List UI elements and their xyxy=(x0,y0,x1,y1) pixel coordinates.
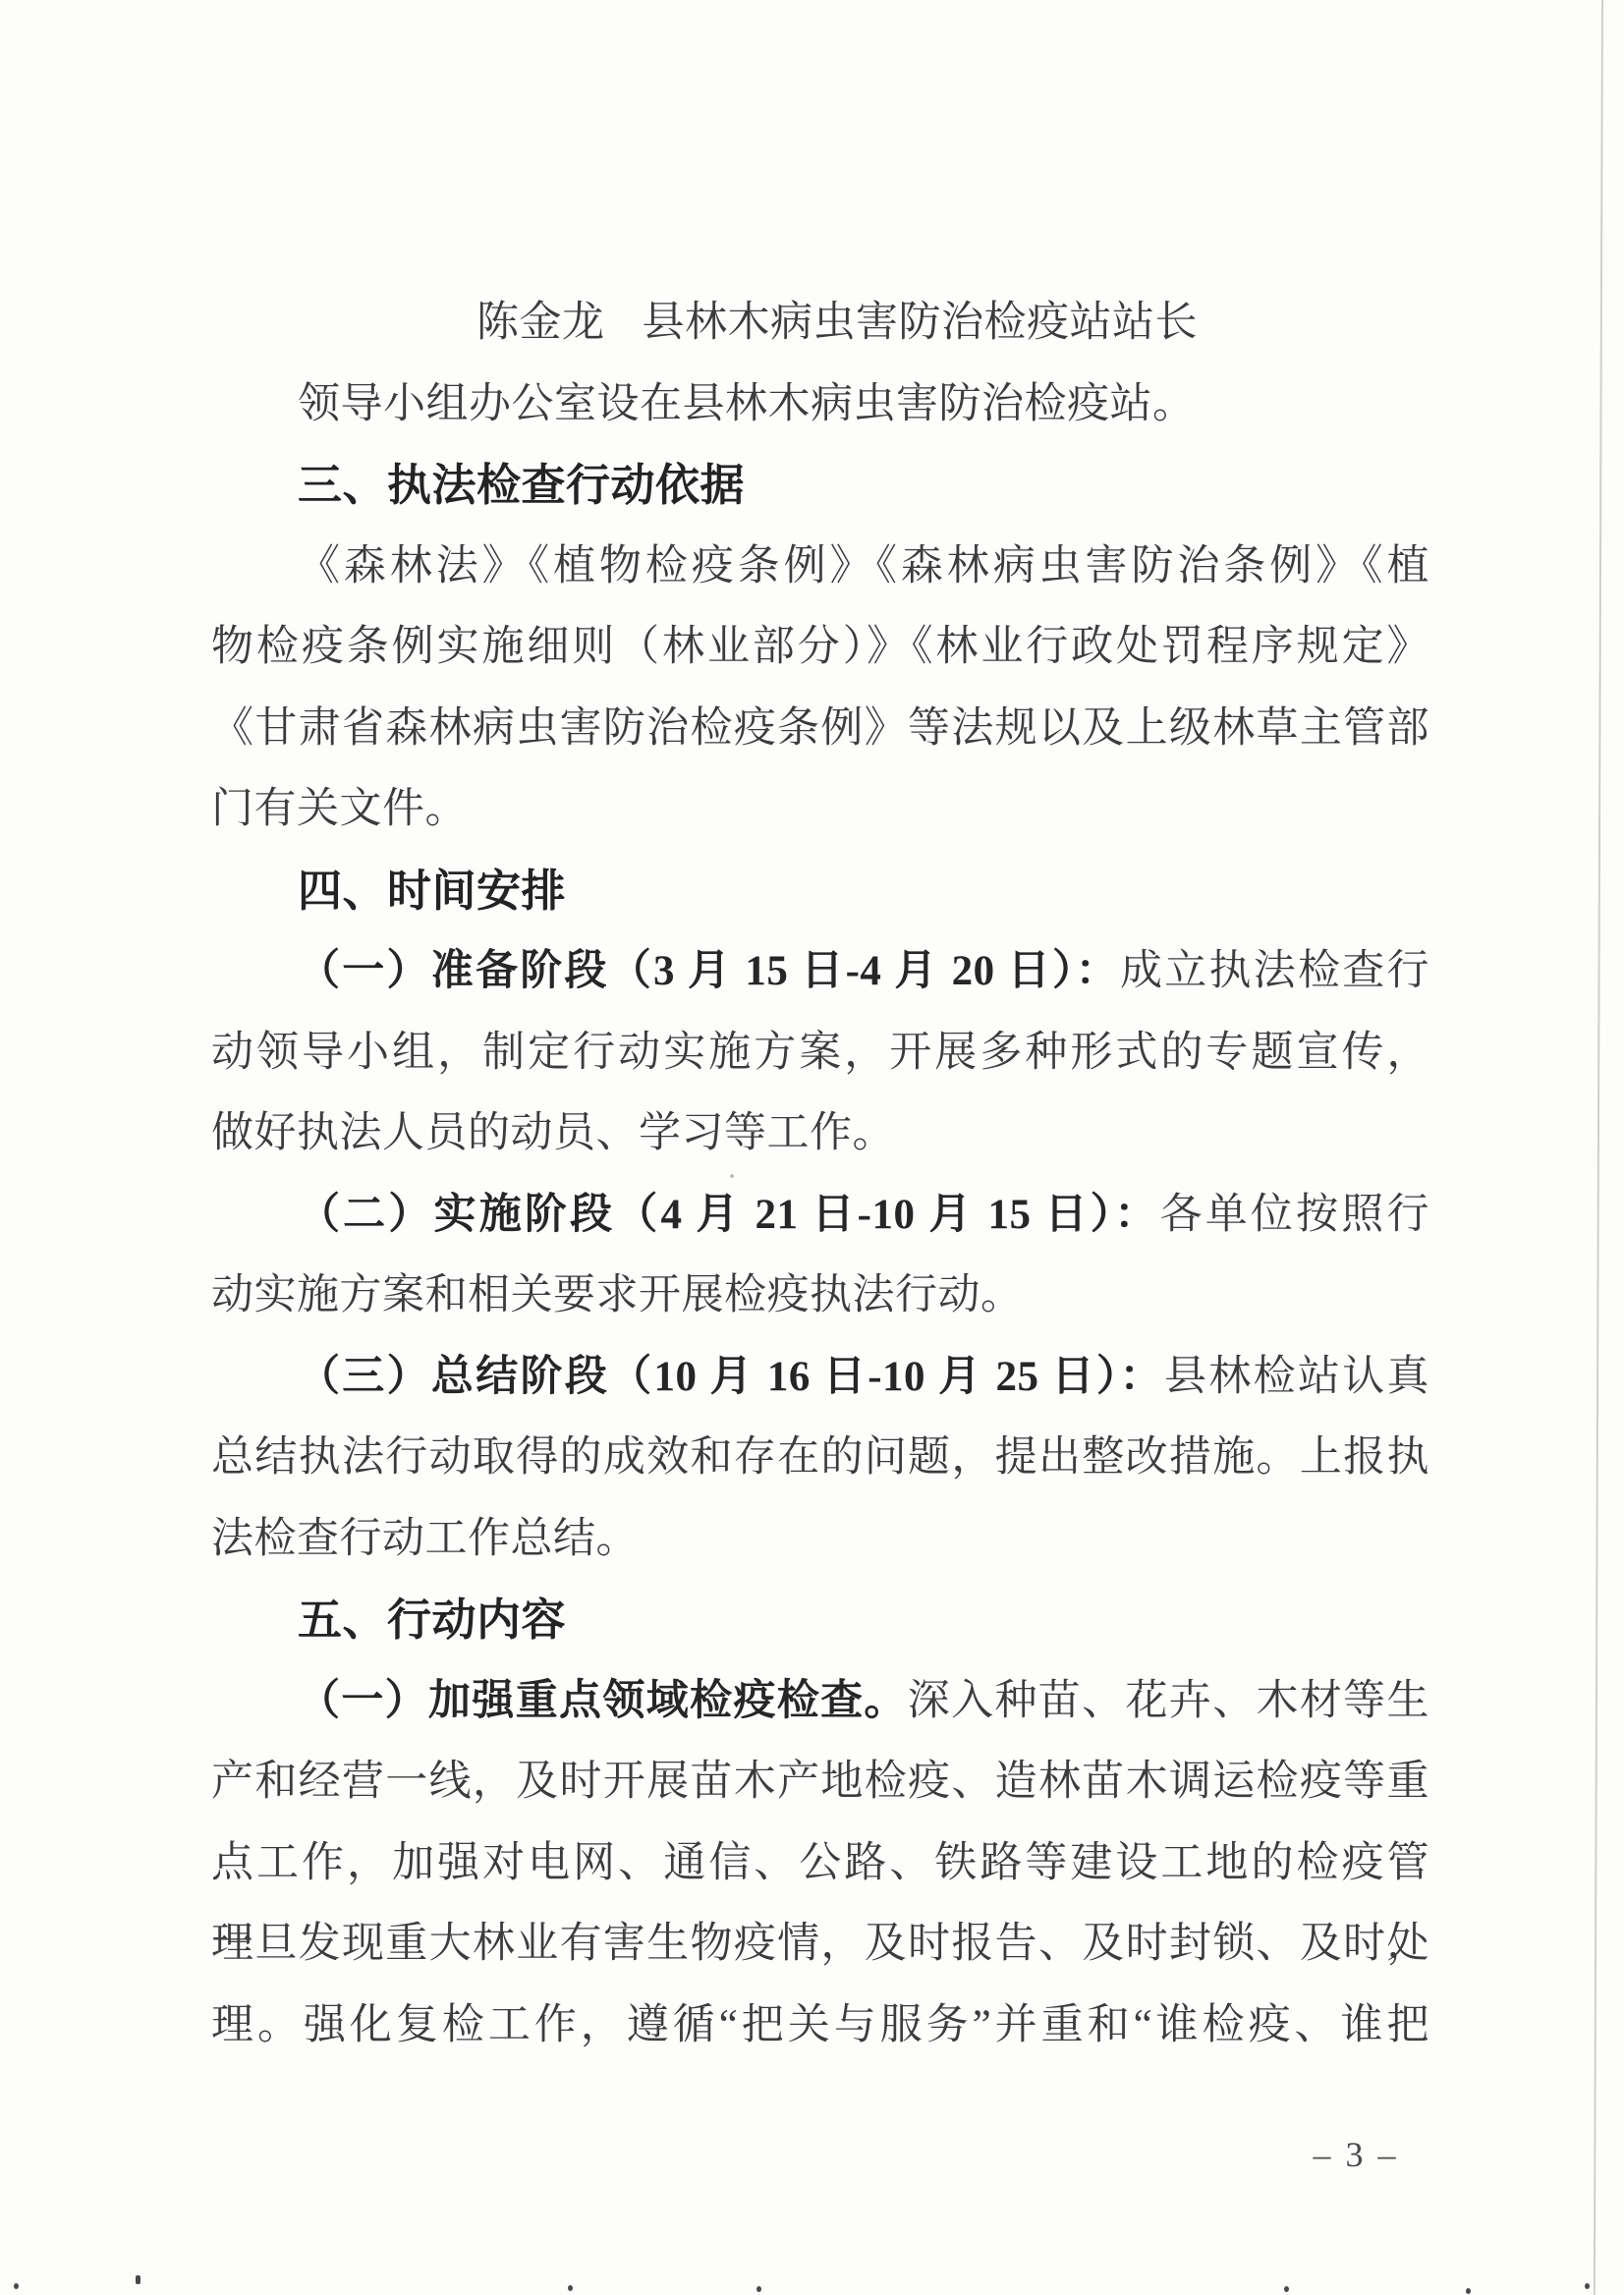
scanned-document-page: 陈金龙县林木病虫害防治检疫站站长 领导小组办公室设在县林木病虫害防治检疫站。 三… xyxy=(0,0,1624,2295)
paragraph-line: （一）准备阶段（3 月 15 日-4 月 20 日）：成立执法检查行 xyxy=(211,931,1429,1013)
paragraph-text: 《甘肃省森林病虫害防治检疫条例》等法规以及上级林草主管部 xyxy=(211,705,1429,752)
heading-text: 四、时间安排 xyxy=(298,866,566,916)
scan-speck xyxy=(1585,2283,1590,2289)
paragraph-text: 各单位按照行 xyxy=(1160,1192,1429,1238)
paragraph-line: 理。强化复检工作，遵循“把关与服务”并重和“谁检疫、谁把 xyxy=(211,1986,1429,2067)
paragraph-line: 做好执法人员的动员、学习等工作。 xyxy=(211,1093,1429,1175)
scan-speck xyxy=(568,2285,573,2291)
paragraph-text: 县林检站认真 xyxy=(1164,1354,1429,1400)
paragraph-line: 《森林法》《植物检疫条例》《森林病虫害防治条例》《植 xyxy=(211,527,1429,608)
scan-speck xyxy=(756,2286,761,2292)
paragraph-text: 深入种苗、花卉、木材等生 xyxy=(908,1678,1429,1724)
paragraph-text: 做好执法人员的动员、学习等工作。 xyxy=(211,1110,895,1156)
paragraph-line: 一旦发现重大林业有害生物疫情，及时报告、及时封锁、及时处 xyxy=(211,1904,1429,1986)
section-heading-5: 五、行动内容 xyxy=(211,1580,1429,1661)
paragraph-line: 《甘肃省森林病虫害防治检疫条例》等法规以及上级林草主管部 xyxy=(211,689,1429,770)
paragraph-line: 产和经营一线，及时开展苗木产地检疫、造林苗木调运检疫等重 xyxy=(211,1742,1429,1823)
paragraph-text: 动领导小组，制定行动实施方案，开展多种形式的专题宣传， xyxy=(211,1030,1429,1076)
paragraph-line: （三）总结阶段（10 月 16 日-10 月 25 日）：县林检站认真 xyxy=(211,1337,1429,1419)
paragraph-text: 门有关文件。 xyxy=(211,786,468,832)
paragraph-line: （一）加强重点领域检疫检查。深入种苗、花卉、木材等生 xyxy=(211,1661,1429,1743)
paragraph-text: 成立执法检查行 xyxy=(1120,948,1429,994)
scan-speck xyxy=(136,2275,140,2284)
paragraph-line: 门有关文件。 xyxy=(211,769,1429,851)
page-number: – 3 – xyxy=(1292,2130,1420,2179)
paragraph-line: 动领导小组，制定行动实施方案，开展多种形式的专题宣传， xyxy=(211,1013,1429,1094)
section-heading-4: 四、时间安排 xyxy=(211,851,1429,932)
bold-run: （三）总结阶段（10 月 16 日-10 月 25 日）： xyxy=(298,1354,1164,1400)
paragraph-text: 物检疫条例实施细则（林业部分）》《林业行政处罚程序规定》 xyxy=(211,624,1429,670)
paragraph-text: 领导小组办公室设在县林木病虫害防治检疫站。 xyxy=(298,381,1196,427)
bold-run: （一）加强重点领域检疫检查。 xyxy=(298,1678,908,1724)
paragraph-line: 点工作，加强对电网、通信、公路、铁路等建设工地的检疫管理， xyxy=(211,1823,1429,1905)
scan-edge-artifact xyxy=(1594,0,1603,2295)
person-title: 县林木病虫害防治检疫站站长 xyxy=(643,300,1199,346)
paragraph-line: 物检疫条例实施细则（林业部分）》《林业行政处罚程序规定》 xyxy=(211,607,1429,689)
paragraph-text: 理。强化复检工作，遵循“把关与服务”并重和“谁检疫、谁把 xyxy=(211,2002,1429,2048)
paragraph-text: 《森林法》《植物检疫条例》《森林病虫害防治条例》《植 xyxy=(298,543,1429,589)
bold-run: （二）实施阶段（4 月 21 日-10 月 15 日）： xyxy=(298,1192,1160,1238)
paragraph-line: 法检查行动工作总结。 xyxy=(211,1499,1429,1581)
document-text-block: 陈金龙县林木病虫害防治检疫站站长 领导小组办公室设在县林木病虫害防治检疫站。 三… xyxy=(211,283,1429,2066)
bold-run: （一）准备阶段（3 月 15 日-4 月 20 日）： xyxy=(298,948,1120,994)
paragraph-line: 总结执法行动取得的成效和存在的问题，提出整改措施。上报执 xyxy=(211,1418,1429,1499)
heading-text: 三、执法检查行动依据 xyxy=(298,460,745,510)
person-name: 陈金龙 xyxy=(476,300,605,346)
section-heading-3: 三、执法检查行动依据 xyxy=(211,445,1429,527)
heading-text: 五、行动内容 xyxy=(298,1595,566,1645)
paragraph-line: 动实施方案和相关要求开展检疫执法行动。 xyxy=(211,1256,1429,1337)
scan-speck xyxy=(730,1174,734,1178)
paragraph-line: （二）实施阶段（4 月 21 日-10 月 15 日）：各单位按照行 xyxy=(211,1175,1429,1257)
paragraph-line: 领导小组办公室设在县林木病虫害防治检疫站。 xyxy=(211,364,1429,446)
paragraph-text: 法检查行动工作总结。 xyxy=(211,1516,639,1562)
paragraph-text: 动实施方案和相关要求开展检疫执法行动。 xyxy=(211,1272,1024,1318)
scan-speck xyxy=(1284,2286,1289,2292)
paragraph-text: 总结执法行动取得的成效和存在的问题，提出整改措施。上报执 xyxy=(211,1434,1429,1481)
scan-speck xyxy=(14,2283,19,2289)
paragraph-text: 产和经营一线，及时开展苗木产地检疫、造林苗木调运检疫等重 xyxy=(211,1759,1429,1805)
signature-line: 陈金龙县林木病虫害防治检疫站站长 xyxy=(211,283,1429,364)
paragraph-text: 一旦发现重大林业有害生物疫情，及时报告、及时封锁、及时处 xyxy=(211,1921,1429,1967)
scan-speck xyxy=(1466,2288,1471,2294)
